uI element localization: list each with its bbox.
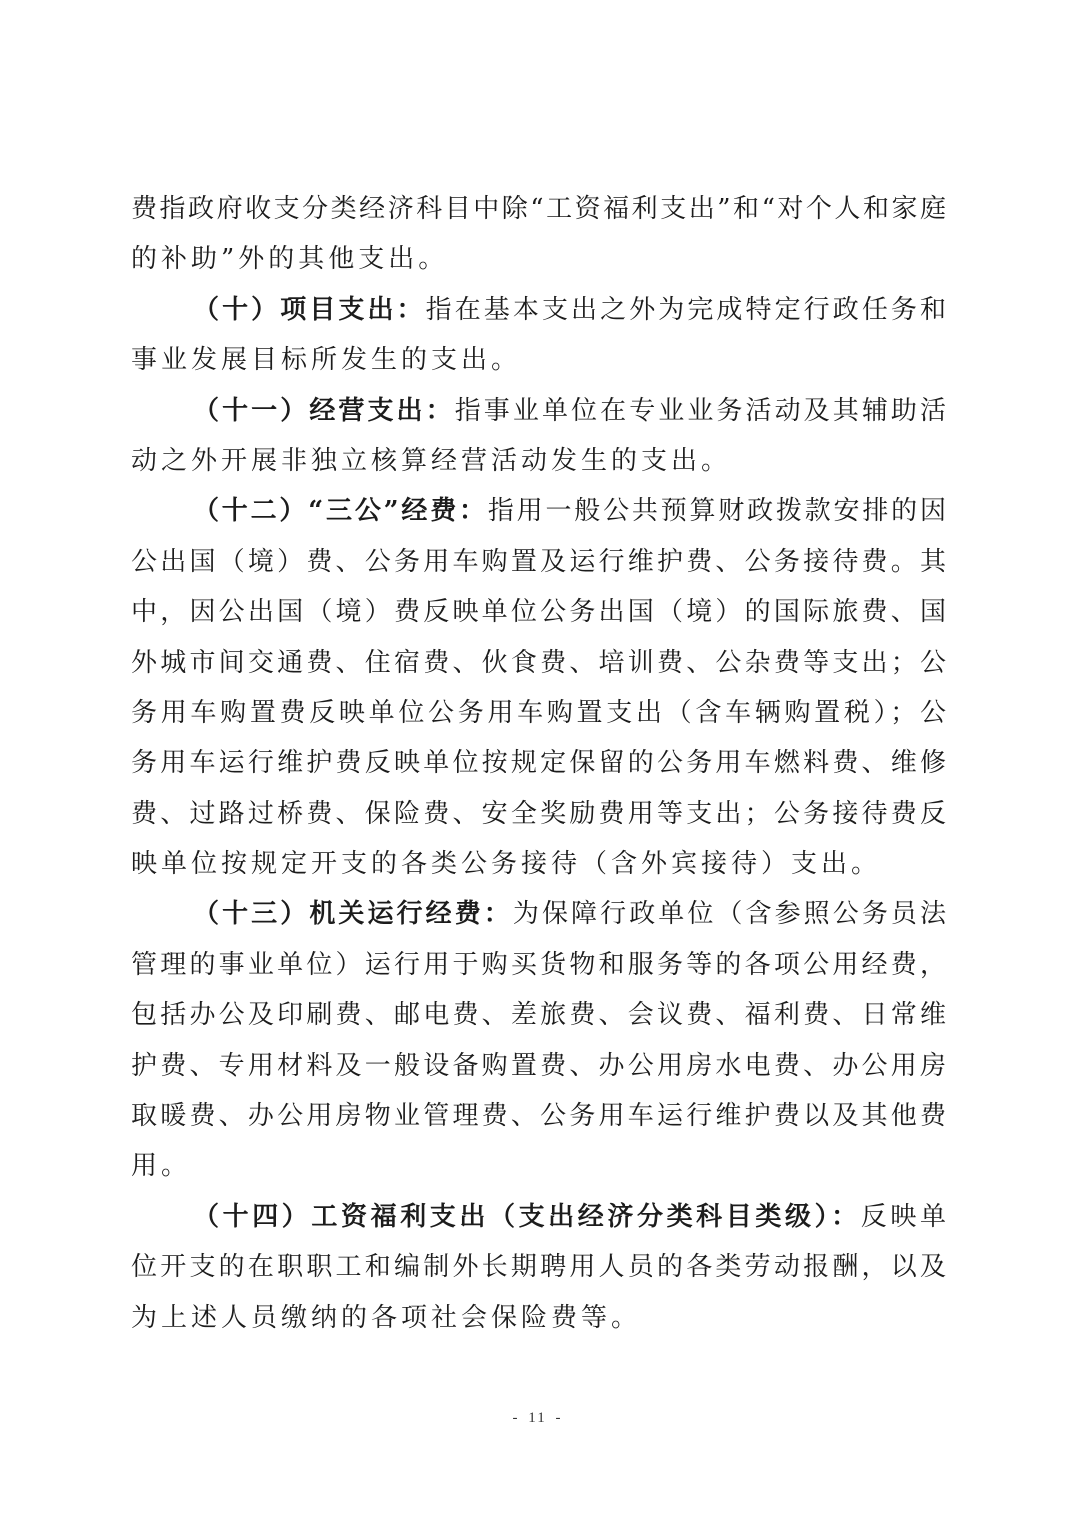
- text-line: 公出国（境）费、公务用车购置及运行维护费、公务接待费。其: [131, 537, 946, 587]
- page-number: - 11 -: [0, 1410, 1075, 1427]
- text-line: 映单位按规定开支的各类公务接待（含外宾接待）支出。: [131, 839, 946, 889]
- paragraph-three-public-expenses: （十二）“三公”经费：指用一般公共预算财政拨款安排的因 公出国（境）费、公务用车…: [131, 486, 946, 889]
- text-line: 为上述人员缴纳的各项社会保险费等。: [131, 1293, 946, 1343]
- text-line: 的补助”外的其他支出。: [131, 234, 946, 284]
- text-line: 务用车运行维护费反映单位按规定保留的公务用车燃料费、维修: [131, 738, 946, 788]
- text-line: 外城市间交通费、住宿费、伙食费、培训费、公杂费等支出；公: [131, 638, 946, 688]
- paragraph-text: 指事业单位在专业业务活动及其辅助活: [455, 396, 946, 426]
- paragraph-operating-expenditure: （十一）经营支出：指事业单位在专业业务活动及其辅助活 动之外开展非独立核算经营活…: [131, 386, 946, 487]
- paragraph-text: 反映单: [861, 1202, 946, 1232]
- text-line: （十二）“三公”经费：指用一般公共预算财政拨款安排的因: [131, 486, 946, 536]
- document-page: 费指政府收支分类经济科目中除“工资福利支出”和“对个人和家庭 的补助”外的其他支…: [0, 0, 1075, 1520]
- text-line: 事业发展目标所发生的支出。: [131, 335, 946, 385]
- text-line: （十）项目支出：指在基本支出之外为完成特定行政任务和: [131, 285, 946, 335]
- text-line: 位开支的在职职工和编制外长期聘用人员的各类劳动报酬，以及: [131, 1242, 946, 1292]
- text-line: （十三）机关运行经费：为保障行政单位（含参照公务员法: [131, 889, 946, 939]
- text-line: 取暖费、办公用房物业管理费、公务用车运行维护费以及其他费: [131, 1091, 946, 1141]
- document-body: 费指政府收支分类经济科目中除“工资福利支出”和“对个人和家庭 的补助”外的其他支…: [131, 184, 946, 1343]
- text-line: 管理的事业单位）运行用于购买货物和服务等的各项公用经费，: [131, 940, 946, 990]
- paragraph-text: 指在基本支出之外为完成特定行政任务和: [426, 295, 946, 325]
- text-line: 包括办公及印刷费、邮电费、差旅费、会议费、福利费、日常维: [131, 990, 946, 1040]
- paragraph-agency-operating-funds: （十三）机关运行经费：为保障行政单位（含参照公务员法 管理的事业单位）运行用于购…: [131, 889, 946, 1191]
- paragraph-wages-welfare-expenditure: （十四）工资福利支出（支出经济分类科目类级）：反映单 位开支的在职职工和编制外长…: [131, 1192, 946, 1343]
- text-line: 动之外开展非独立核算经营活动发生的支出。: [131, 436, 946, 486]
- paragraph-text: 为保障行政单位（含参照公务员法: [513, 899, 946, 929]
- text-line: 护费、专用材料及一般设备购置费、办公用房水电费、办公用房: [131, 1041, 946, 1091]
- text-line: （十一）经营支出：指事业单位在专业业务活动及其辅助活: [131, 386, 946, 436]
- paragraph-heading: （十三）机关运行经费：: [193, 899, 513, 929]
- paragraph-continuation: 费指政府收支分类经济科目中除“工资福利支出”和“对个人和家庭 的补助”外的其他支…: [131, 184, 946, 285]
- paragraph-heading: （十）项目支出：: [193, 295, 426, 325]
- text-line: 中，因公出国（境）费反映单位公务出国（境）的国际旅费、国: [131, 587, 946, 637]
- text-line: 用。: [131, 1141, 946, 1191]
- paragraph-heading: （十一）经营支出：: [193, 396, 455, 426]
- paragraph-heading: （十四）工资福利支出（支出经济分类科目类级）：: [193, 1202, 861, 1232]
- text-line: 费、过路过桥费、保险费、安全奖励费用等支出；公务接待费反: [131, 789, 946, 839]
- paragraph-project-expenditure: （十）项目支出：指在基本支出之外为完成特定行政任务和 事业发展目标所发生的支出。: [131, 285, 946, 386]
- text-line: （十四）工资福利支出（支出经济分类科目类级）：反映单: [131, 1192, 946, 1242]
- paragraph-text: 指用一般公共预算财政拨款安排的因: [488, 496, 946, 526]
- text-line: 务用车购置费反映单位公务用车购置支出（含车辆购置税）；公: [131, 688, 946, 738]
- text-line: 费指政府收支分类经济科目中除“工资福利支出”和“对个人和家庭: [131, 184, 946, 234]
- paragraph-heading: （十二）“三公”经费：: [193, 496, 488, 526]
